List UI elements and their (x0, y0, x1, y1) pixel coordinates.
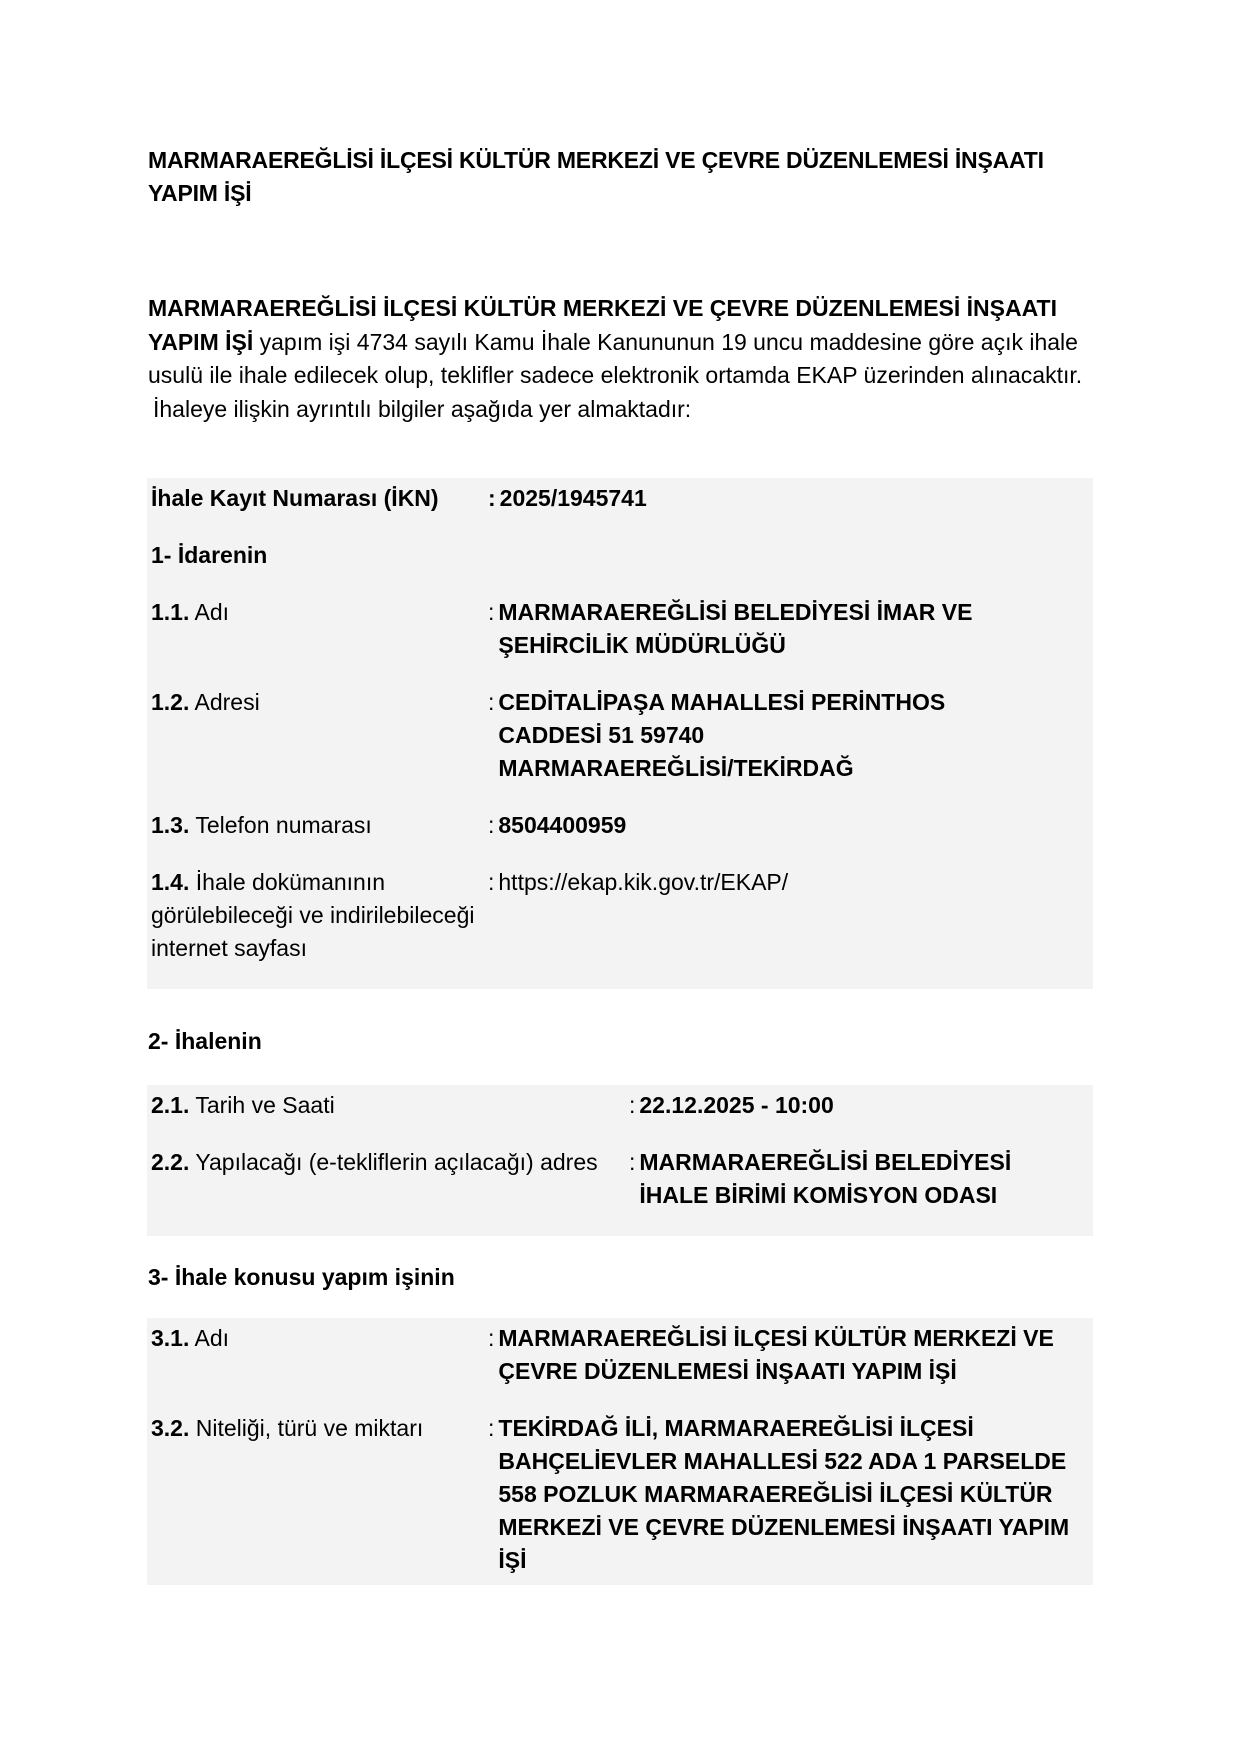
table-row: 1.4. İhale dokümanının görülebileceği ve… (147, 842, 1093, 989)
row-number: 1.1. (151, 599, 189, 625)
admin-address-value: CEDİTALİPAŞA MAHALLESİ PERİNTHOS CADDESİ… (498, 686, 1093, 785)
work-description-value: TEKİRDAĞ İLİ, MARMARAEREĞLİSİ İLÇESİ BAH… (498, 1412, 1093, 1577)
colon: : (629, 1089, 639, 1122)
colon: : (488, 1412, 498, 1577)
intro-text: yapım işi 4734 sayılı Kamu İhale Kanunun… (148, 329, 1082, 389)
table-row: 1.1. Adı :MARMARAEREĞLİSİ BELEDİYESİ İMA… (147, 572, 1093, 662)
row-number: 3.2. (151, 1415, 189, 1441)
tender-table: 2.1. Tarih ve Saati :22.12.2025 - 10:00 … (147, 1085, 1093, 1236)
row-label: Niteliği, türü ve miktarı (189, 1415, 423, 1441)
page-title: MARMARAEREĞLİSİ İLÇESİ KÜLTÜR MERKEZİ VE… (148, 144, 1078, 210)
row-number: 1.4. (151, 869, 189, 895)
tender-date-value: 22.12.2025 - 10:00 (639, 1089, 1093, 1122)
ikn-value: 2025/1945741 (500, 482, 1093, 515)
colon: : (488, 809, 498, 842)
section2-heading: 2- İhalenin (148, 1026, 262, 1056)
row-number: 1.2. (151, 689, 189, 715)
row-label: Yapılacağı (e-tekliflerin açılacağı) adr… (189, 1149, 597, 1175)
table-row: 1.3. Telefon numarası :8504400959 (147, 785, 1093, 842)
colon: : (488, 596, 498, 662)
admin-phone-value: 8504400959 (498, 809, 1093, 842)
ekap-link[interactable]: https://ekap.kik.gov.tr/EKAP/ (498, 866, 1093, 899)
row-label: Adresi (189, 689, 259, 715)
row-number: 3.1. (151, 1325, 189, 1351)
section3-heading: 3- İhale konusu yapım işinin (148, 1262, 455, 1292)
colon: : (629, 1146, 639, 1212)
section1-heading-row: 1- İdarenin (147, 515, 1093, 572)
work-table: 3.1. Adı :MARMARAEREĞLİSİ İLÇESİ KÜLTÜR … (147, 1318, 1093, 1585)
colon: : (488, 482, 500, 515)
row-number: 2.1. (151, 1092, 189, 1118)
ikn-label: İhale Kayıt Numarası (İKN) (147, 478, 488, 515)
colon: : (488, 1322, 498, 1388)
row-number: 1.3. (151, 812, 189, 838)
row-label: Adı (189, 1325, 229, 1351)
row-label: Telefon numarası (189, 812, 371, 838)
row-label: Tarih ve Saati (189, 1092, 334, 1118)
table-row: 3.1. Adı :MARMARAEREĞLİSİ İLÇESİ KÜLTÜR … (147, 1318, 1093, 1388)
intro-details-line: İhaleye ilişkin ayrıntılı bilgiler aşağı… (148, 393, 1083, 427)
work-name-value: MARMARAEREĞLİSİ İLÇESİ KÜLTÜR MERKEZİ VE… (498, 1322, 1093, 1388)
section1-heading: 1- İdarenin (147, 515, 1093, 572)
row-number: 2.2. (151, 1149, 189, 1175)
row-label: İhale dokümanının görülebileceği ve indi… (151, 869, 474, 961)
colon: : (488, 866, 498, 899)
table-row: 3.2. Niteliği, türü ve miktarı :TEKİRDAĞ… (147, 1388, 1093, 1585)
ikn-row: İhale Kayıt Numarası (İKN) :2025/1945741 (147, 478, 1093, 515)
tender-address-value: MARMARAEREĞLİSİ BELEDİYESİ İHALE BİRİMİ … (639, 1146, 1093, 1212)
colon: : (488, 686, 498, 785)
table-row: 1.2. Adresi :CEDİTALİPAŞA MAHALLESİ PERİ… (147, 662, 1093, 785)
intro-paragraph: MARMARAEREĞLİSİ İLÇESİ KÜLTÜR MERKEZİ VE… (148, 292, 1083, 426)
table-row: 2.2. Yapılacağı (e-tekliflerin açılacağı… (147, 1122, 1093, 1236)
administration-table: İhale Kayıt Numarası (İKN) :2025/1945741… (147, 478, 1093, 989)
table-row: 2.1. Tarih ve Saati :22.12.2025 - 10:00 (147, 1085, 1093, 1122)
row-label: Adı (189, 599, 229, 625)
admin-name-value: MARMARAEREĞLİSİ BELEDİYESİ İMAR VE ŞEHİR… (498, 596, 1093, 662)
